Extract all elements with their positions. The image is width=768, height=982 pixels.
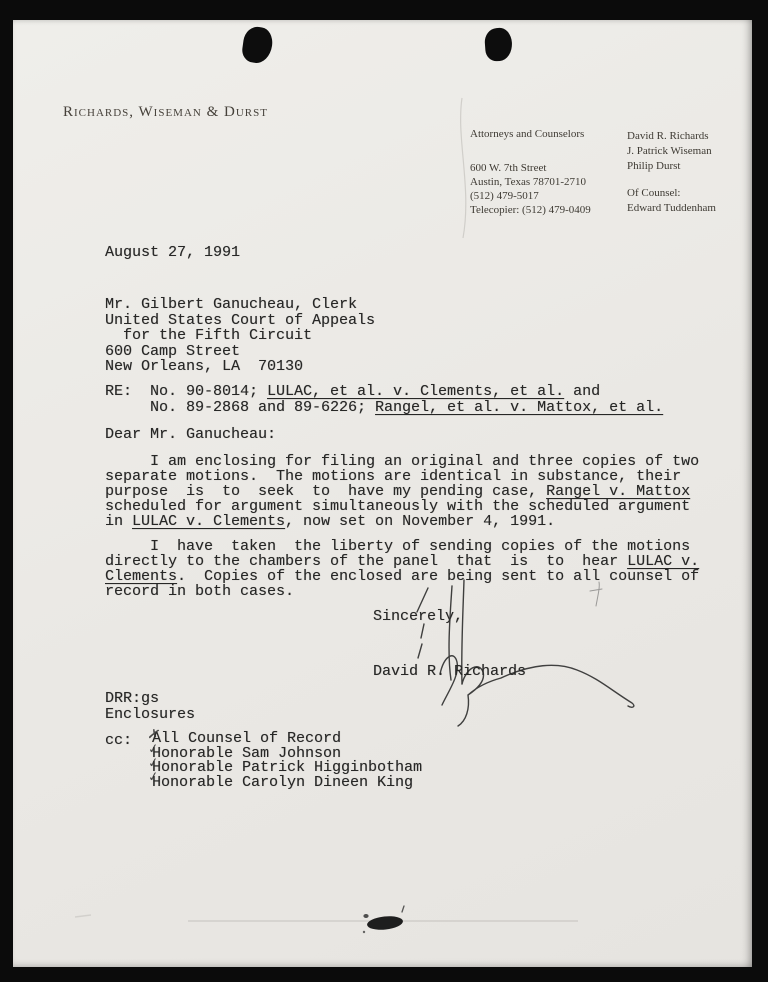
text-line: I am enclosing for filing an original an…: [105, 454, 699, 469]
attorney-names: David R. RichardsJ. Patrick WisemanPhili…: [627, 129, 712, 174]
signature: [395, 578, 640, 732]
cc-list: All Counsel of RecordHonorable Sam Johns…: [152, 732, 422, 790]
text-line: J. Patrick Wiseman: [627, 144, 712, 159]
text-line: Edward Tuddenham: [627, 201, 716, 216]
letterhead-address: 600 W. 7th StreetAustin, Texas 78701-271…: [470, 161, 591, 217]
text-line: scheduled for argument simultaneously wi…: [105, 499, 699, 514]
text-line: in LULAC v. Clements, now set on Novembe…: [105, 514, 699, 529]
signer-name: David R. Richards: [373, 663, 526, 680]
firm-name: Richards, Wiseman & Durst: [63, 104, 268, 121]
checkmark-icon: ✓: [147, 769, 160, 786]
text-line: I have taken the liberty of sending copi…: [105, 539, 699, 554]
re-line: RE: No. 90-8014; LULAC, et al. v. Clemen…: [105, 384, 663, 416]
text-line: Telecopier: (512) 479-0409: [470, 203, 591, 217]
salutation: Dear Mr. Ganucheau:: [105, 426, 276, 443]
text-line: DRR:gs: [105, 691, 195, 707]
text-line: Philip Durst: [627, 159, 712, 174]
text-line: for the Fifth Circuit: [105, 328, 375, 344]
scan-background: Richards, Wiseman & Durst Attorneys and …: [0, 0, 768, 982]
text-line: separate motions. The motions are identi…: [105, 469, 699, 484]
letterhead-tagline: Attorneys and Counselors: [470, 128, 584, 140]
text-line: RE: No. 90-8014; LULAC, et al. v. Clemen…: [105, 384, 663, 400]
text-line: Honorable Carolyn Dineen King: [152, 776, 422, 791]
letter-page: Richards, Wiseman & Durst Attorneys and …: [13, 20, 752, 967]
text-line: 600 W. 7th Street: [470, 161, 591, 175]
text-line: Mr. Gilbert Ganucheau, Clerk: [105, 297, 375, 313]
date-line: August 27, 1991: [105, 244, 240, 261]
text-line: Austin, Texas 78701-2710: [470, 175, 591, 189]
cc-label: cc:: [105, 732, 132, 749]
punch-hole-right: [484, 27, 513, 62]
of-counsel-block: Of Counsel:Edward Tuddenham: [627, 186, 716, 216]
text-line: Of Counsel:: [627, 186, 716, 201]
text-line: purpose is to seek to have my pending ca…: [105, 484, 699, 499]
punch-hole-left: [241, 25, 275, 65]
text-line: 600 Camp Street: [105, 344, 375, 360]
text-line: directly to the chambers of the panel th…: [105, 554, 699, 569]
recipient-address: Mr. Gilbert Ganucheau, ClerkUnited State…: [105, 297, 375, 375]
text-line: (512) 479-5017: [470, 189, 591, 203]
reference-initials-block: DRR:gsEnclosures: [105, 691, 195, 722]
body-paragraph-1: I am enclosing for filing an original an…: [105, 454, 699, 529]
text-line: New Orleans, LA 70130: [105, 359, 375, 375]
ink-smudge: [363, 906, 404, 933]
text-line: United States Court of Appeals: [105, 313, 375, 329]
text-line: No. 89-2868 and 89-6226; Rangel, et al. …: [105, 400, 663, 416]
text-line: David R. Richards: [627, 129, 712, 144]
text-line: Enclosures: [105, 707, 195, 723]
